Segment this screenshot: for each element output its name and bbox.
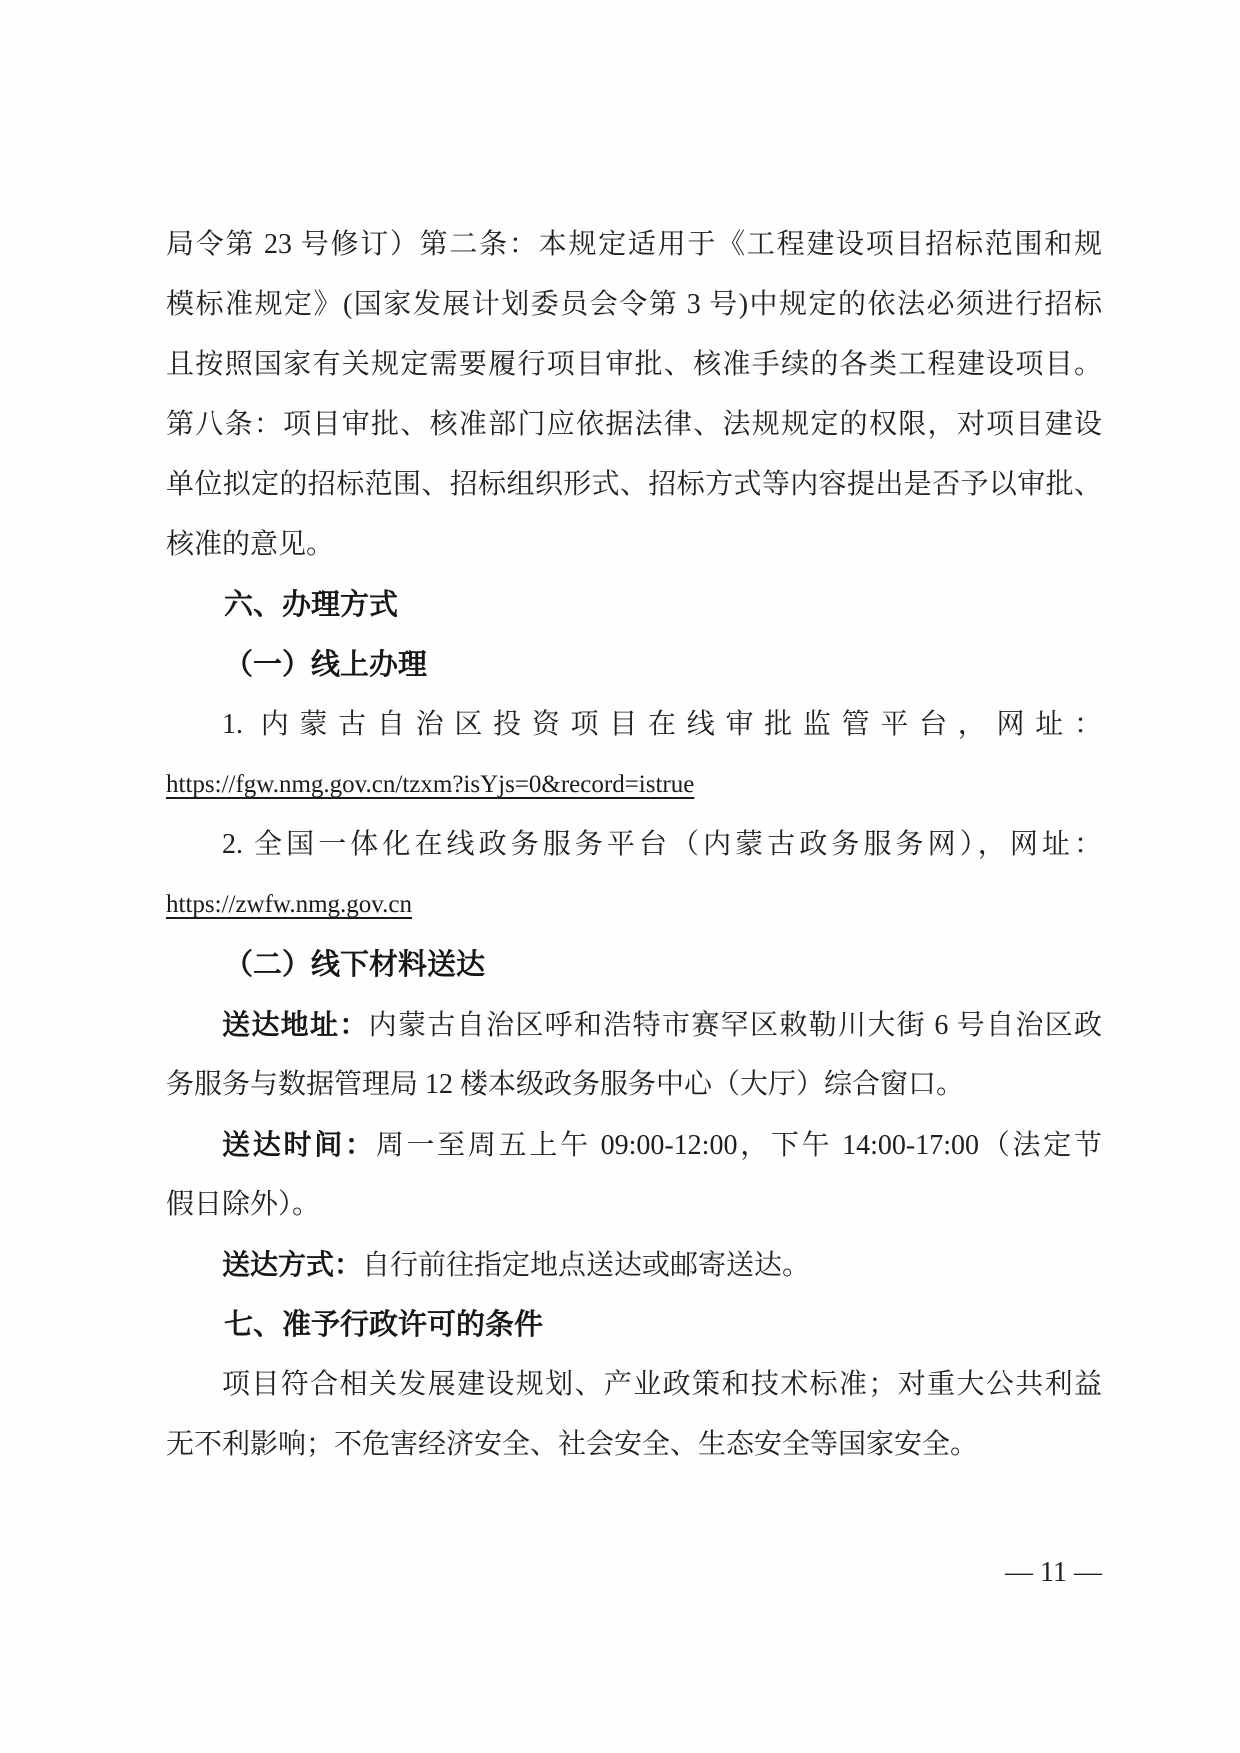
document-page: 局令第 23 号修订）第二条：本规定适用于《工程建设项目招标范围和规模标准规定》… xyxy=(0,0,1240,1753)
field-text: 自行前往指定地点送达或邮寄送达。 xyxy=(362,1250,810,1281)
text-line: 送达方式：自行前往指定地点送达或邮寄送达。 xyxy=(166,1235,1102,1295)
text-line: 且按照国家有关规定需要履行项目审批、核准手续的各类工程建设项目。 xyxy=(166,335,1102,395)
text-line: 第八条：项目审批、核准部门应依据法律、法规规定的权限，对项目建设 xyxy=(166,395,1102,455)
page-number: — 11 — xyxy=(166,1543,1102,1603)
section-heading: （二）线下材料送达 xyxy=(166,935,1102,995)
section-heading: 六、办理方式 xyxy=(166,575,1102,635)
text-line: 务服务与数据管理局 12 楼本级政务服务中心（大厅）综合窗口。 xyxy=(166,1055,1102,1115)
text-line: 2. 全国一体化在线政务服务平台（内蒙古政务服务网），网址： xyxy=(166,815,1102,875)
field-text: 周一至周五上午 09:00-12:00，下午 14:00-17:00（法定节 xyxy=(376,1130,1102,1161)
text-line: 送达地址：内蒙古自治区呼和浩特市赛罕区敕勒川大街 6 号自治区政 xyxy=(166,995,1102,1055)
text-line: 送达时间：周一至周五上午 09:00-12:00，下午 14:00-17:00（… xyxy=(166,1115,1102,1175)
document-body: 局令第 23 号修订）第二条：本规定适用于《工程建设项目招标范围和规模标准规定》… xyxy=(166,215,1102,1475)
text-line: 1. 内蒙古自治区投资项目在线审批监管平台，网址： xyxy=(166,695,1102,755)
text-line: 假日除外）。 xyxy=(166,1175,1102,1235)
text-line: 无不利影响；不危害经济安全、社会安全、生态安全等国家安全。 xyxy=(166,1415,1102,1475)
text-line: 模标准规定》(国家发展计划委员会令第 3 号)中规定的依法必须进行招标 xyxy=(166,275,1102,335)
text-line: 核准的意见。 xyxy=(166,515,1102,575)
url-link[interactable]: https://zwfw.nmg.gov.cn xyxy=(166,875,1102,935)
section-heading: 七、准予行政许可的条件 xyxy=(166,1295,1102,1355)
field-label: 送达方式： xyxy=(222,1249,362,1280)
text-line: 项目符合相关发展建设规划、产业政策和技术标准；对重大公共利益 xyxy=(166,1355,1102,1415)
field-text: 内蒙古自治区呼和浩特市赛罕区敕勒川大街 6 号自治区政 xyxy=(369,1010,1102,1041)
text-line: 局令第 23 号修订）第二条：本规定适用于《工程建设项目招标范围和规 xyxy=(166,215,1102,275)
field-label: 送达时间： xyxy=(222,1129,376,1160)
section-heading: （一）线上办理 xyxy=(166,635,1102,695)
text-line: 单位拟定的招标范围、招标组织形式、招标方式等内容提出是否予以审批、 xyxy=(166,455,1102,515)
url-link[interactable]: https://fgw.nmg.gov.cn/tzxm?isYjs=0&reco… xyxy=(166,755,1102,815)
field-label: 送达地址： xyxy=(222,1009,369,1040)
